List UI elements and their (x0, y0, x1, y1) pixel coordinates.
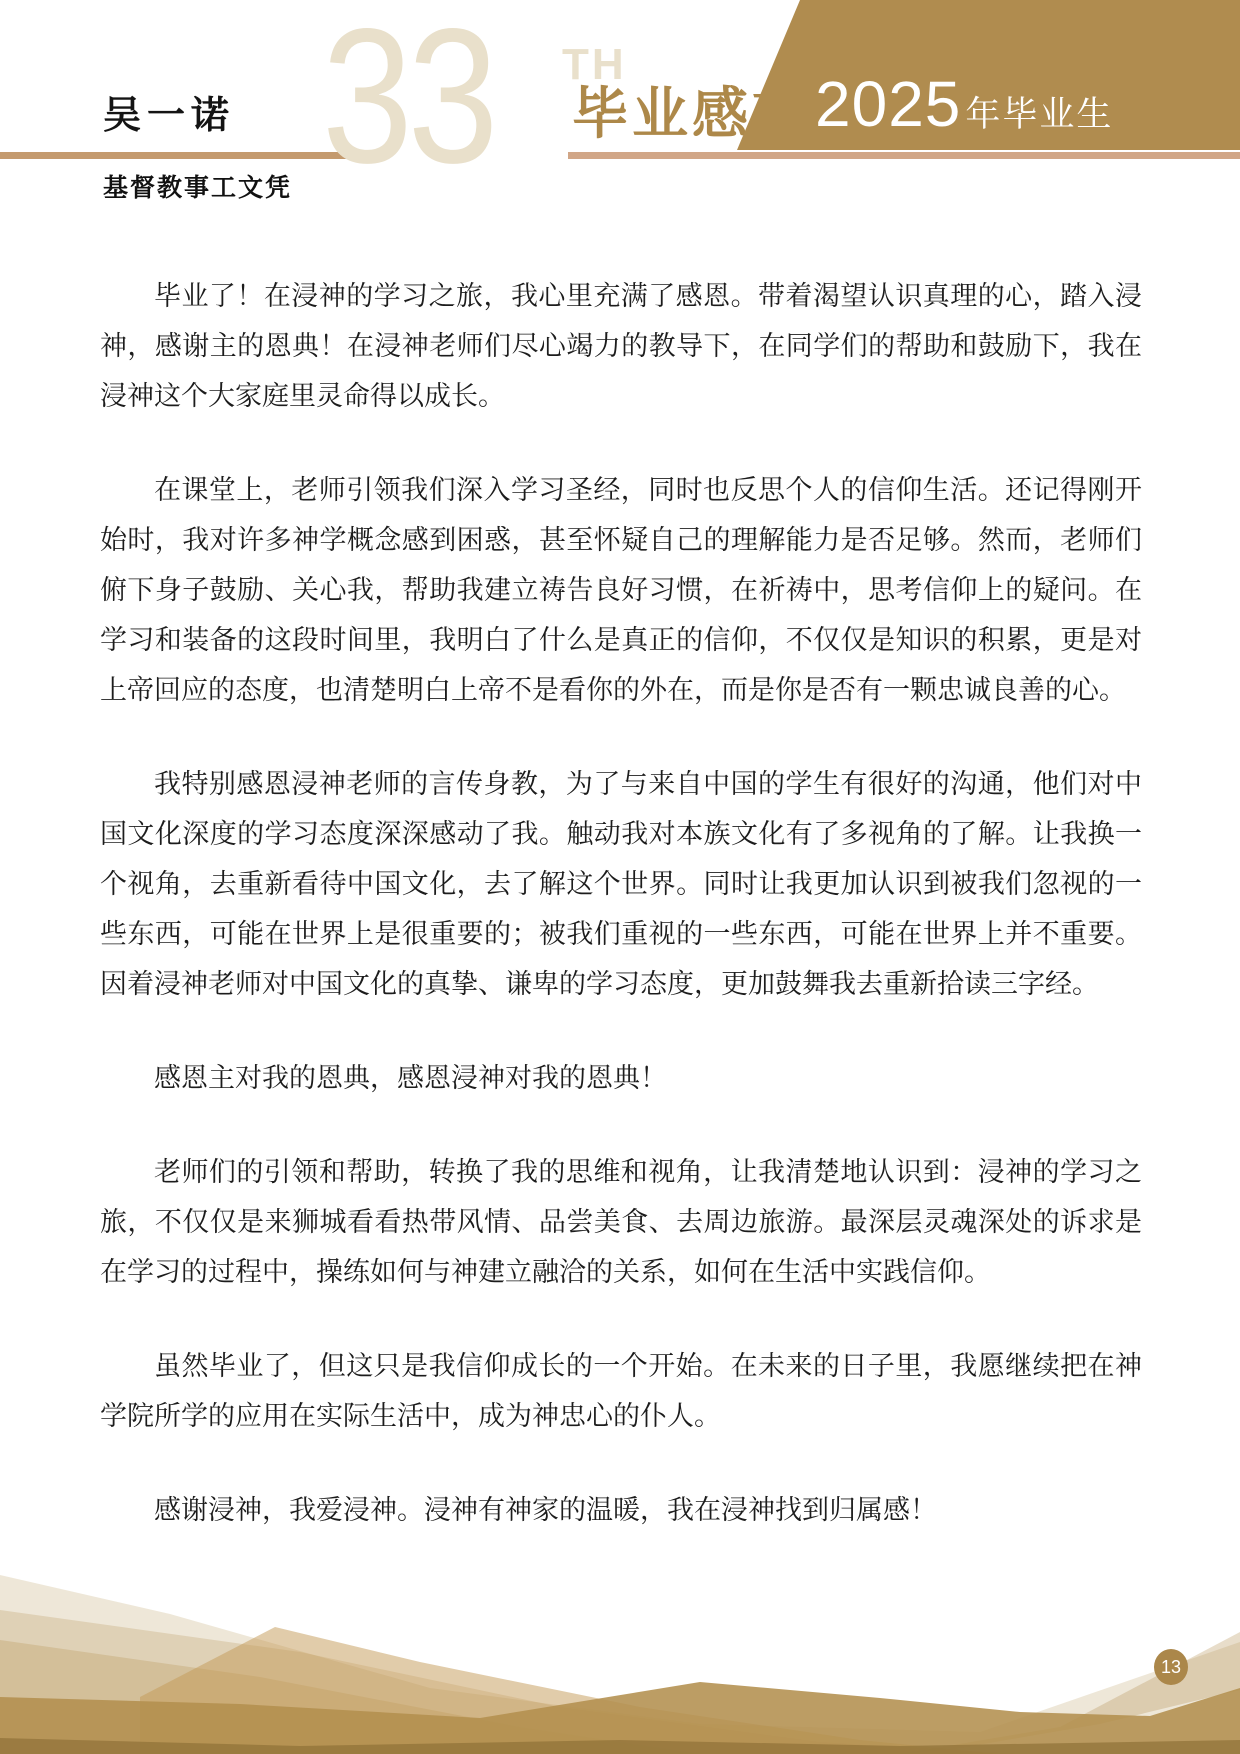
footer-wave-decoration (0, 1492, 1240, 1754)
program-label: 基督教事工文凭 (103, 168, 292, 204)
banner-year: 2025 (815, 72, 961, 136)
paragraph: 我特别感恩浸神老师的言传身教，为了与来自中国的学生有很好的沟通，他们对中国文化深… (100, 760, 1142, 1010)
header-rule-left (0, 152, 346, 159)
paragraph: 感恩主对我的恩典，感恩浸神对我的恩典！ (100, 1054, 1142, 1104)
header-rule-right (568, 152, 1240, 159)
body-paragraphs: 毕业了！在浸神的学习之旅，我心里充满了感恩。带着渴望认识真理的心，踏入浸神，感谢… (100, 272, 1142, 1580)
banner-year-label: 年毕业生 (965, 97, 1113, 132)
paragraph: 毕业了！在浸神的学习之旅，我心里充满了感恩。带着渴望认识真理的心，踏入浸神，感谢… (100, 272, 1142, 422)
student-name: 吴一诺 (103, 84, 235, 139)
year-banner-text: 2025 年毕业生 (815, 72, 1113, 136)
graduation-testimonial-page: 吴一诺 基督教事工文凭 33 TH 毕业感言 2025 年毕业生 毕业了！在浸神… (0, 0, 1240, 1754)
year-banner: 2025 年毕业生 (737, 0, 1240, 150)
cohort-number: 33 (322, 0, 493, 192)
page-number: 13 (1161, 1657, 1181, 1678)
paragraph: 老师们的引领和帮助，转换了我的思维和视角，让我清楚地认识到：浸神的学习之旅，不仅… (100, 1148, 1142, 1298)
paragraph: 虽然毕业了，但这只是我信仰成长的一个开始。在未来的日子里，我愿继续把在神学院所学… (100, 1342, 1142, 1442)
page-number-badge: 13 (1154, 1649, 1188, 1685)
paragraph: 在课堂上，老师引领我们深入学习圣经，同时也反思个人的信仰生活。还记得刚开始时，我… (100, 466, 1142, 716)
